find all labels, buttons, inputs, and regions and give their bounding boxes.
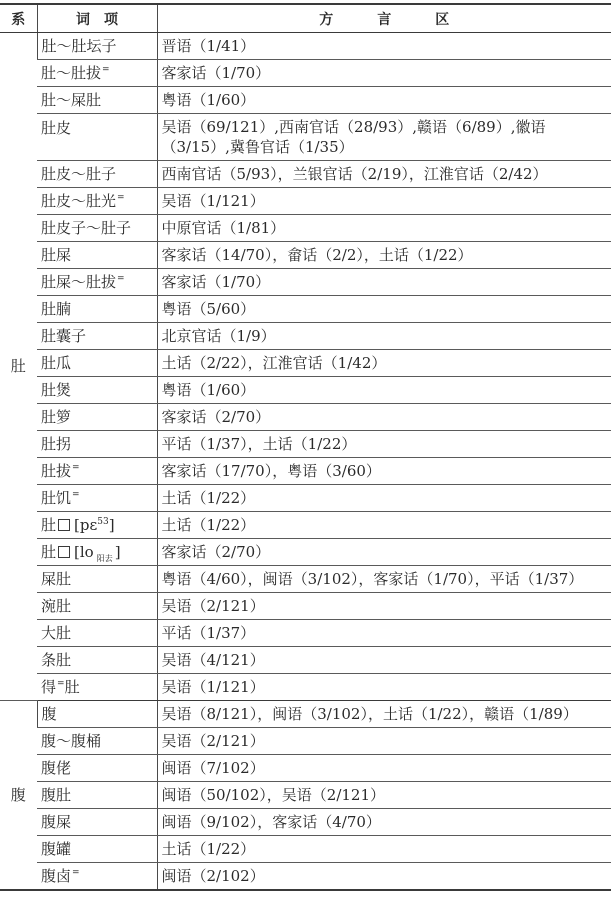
ipa-transcription: [lo [74,543,94,561]
header-dialect-region: 方言区 [157,4,611,33]
dialect-cell: 客家话（2/70） [157,404,611,431]
term-cell: 肚皮子～肚子 [37,215,157,242]
table-row: 腹卤= 闽语（2/102） [0,863,611,891]
table-row: 肚腩 粤语（5/60） [0,296,611,323]
table-row: 屎肚 粤语（4/60），闽语（3/102），客家话（1/70），平话（1/37） [0,566,611,593]
dialect-cell: 客家话（17/70），粤语（3/60） [157,458,611,485]
dialect-cell: 平话（1/37），土话（1/22） [157,431,611,458]
table-row: 肚屎 客家话（14/70），畲话（2/2），土话（1/22） [0,242,611,269]
homophone-mark: = [117,274,125,284]
dialect-cell: 吴语（2/121） [157,728,611,755]
dialect-cell: 闽语（50/102），吴语（2/121） [157,782,611,809]
dialect-cell: 土话（1/22） [157,836,611,863]
homophone-mark: = [72,463,80,473]
table-row: 肚～屎肚 粤语（1/60） [0,87,611,114]
term-cell: 肚[lo阳去] [37,539,157,566]
ipa-transcription: [pɛ [74,516,97,534]
dialect-cell: 粤语（4/60），闽语（3/102），客家话（1/70），平话（1/37） [157,566,611,593]
dialect-cell: 中原官话（1/81） [157,215,611,242]
dialect-cell: 客家话（1/70） [157,60,611,87]
term-cell: 腹～腹桶 [37,728,157,755]
dialect-cell: 闽语（7/102） [157,755,611,782]
table-row: 肚皮 吴语（69/121）,西南官话（28/93）,赣语（6/89）,徽语（3/… [0,114,611,161]
table-row: 条肚 吴语（4/121） [0,647,611,674]
term-cell: 肚屎～肚拔= [37,269,157,296]
term-cell: 大肚 [37,620,157,647]
table-row: 腹～腹桶 吴语（2/121） [0,728,611,755]
term-cell: 肚～屎肚 [37,87,157,114]
term-cell: 肚～肚坛子 [37,33,157,60]
table-row: 得=肚 吴语（1/121） [0,674,611,701]
table-row: 肚皮子～肚子 中原官话（1/81） [0,215,611,242]
table-row: 肚瓜 土话（2/22），江淮官话（1/42） [0,350,611,377]
table-row: 腹 腹 吴语（8/121），闽语（3/102），土话（1/22），赣语（1/89… [0,701,611,728]
term-cell: 肚拔= [37,458,157,485]
dialect-cell: 客家话（14/70），畲话（2/2），土话（1/22） [157,242,611,269]
tone-value: 53 [97,517,108,527]
dialect-cell: 客家话（2/70） [157,539,611,566]
table-row: 肚箩 客家话（2/70） [0,404,611,431]
dialect-cell: 北京官话（1/9） [157,323,611,350]
term-cell: 腹肚 [37,782,157,809]
table-row: 肚皮～肚光= 吴语（1/121） [0,188,611,215]
homophone-mark: = [72,868,80,878]
term-cell: 得=肚 [37,674,157,701]
dialect-cell: 闽语（9/102），客家话（4/70） [157,809,611,836]
dialect-cell: 粤语（5/60） [157,296,611,323]
term-cell: 肚腩 [37,296,157,323]
header-row: 系 词项 方言区 [0,4,611,33]
term-cell: 肚～肚拔= [37,60,157,87]
table-header: 系 词项 方言区 [0,4,611,33]
dialect-cell: 土话（1/22） [157,512,611,539]
table-row: 大肚 平话（1/37） [0,620,611,647]
term-cell: 肚皮～肚光= [37,188,157,215]
dialect-cell: 土话（1/22） [157,485,611,512]
dialect-cell: 吴语（69/121）,西南官话（28/93）,赣语（6/89）,徽语（3/15）… [157,114,611,161]
term-cell: 腹佬 [37,755,157,782]
table-row: 涴肚 吴语（2/121） [0,593,611,620]
dialect-lexicon-table: 系 词项 方言区 肚 肚～肚坛子 晋语（1/41） 肚～肚拔= 客家话（1/70… [0,3,611,891]
table-row: 肚饥= 土话（1/22） [0,485,611,512]
dialect-cell: 吴语（2/121） [157,593,611,620]
table-row: 肚囊子 北京官话（1/9） [0,323,611,350]
dialect-cell: 吴语（1/121） [157,674,611,701]
term-cell: 屎肚 [37,566,157,593]
term-cell: 肚拐 [37,431,157,458]
term-cell: 肚饥= [37,485,157,512]
term-cell: 腹罐 [37,836,157,863]
dialect-cell: 西南官话（5/93），兰银官话（2/19），江淮官话（2/42） [157,161,611,188]
header-term: 词项 [37,4,157,33]
dialect-cell: 吴语（8/121），闽语（3/102），土话（1/22），赣语（1/89） [157,701,611,728]
table-row: 肚煲 粤语（1/60） [0,377,611,404]
table-row: 肚～肚拔= 客家话（1/70） [0,60,611,87]
header-series: 系 [0,4,37,33]
homophone-mark: = [102,65,110,75]
table-row: 腹罐 土话（1/22） [0,836,611,863]
term-cell: 肚[pɛ53] [37,512,157,539]
homophone-mark: = [72,490,80,500]
table-body: 肚 肚～肚坛子 晋语（1/41） 肚～肚拔= 客家话（1/70） 肚～屎肚 粤语… [0,33,611,891]
table-row: 腹佬 闽语（7/102） [0,755,611,782]
term-cell: 腹卤= [37,863,157,891]
term-cell: 腹屎 [37,809,157,836]
term-cell: 肚屎 [37,242,157,269]
term-cell: 肚皮 [37,114,157,161]
homophone-mark: = [117,193,125,203]
table-row: 腹屎 闽语（9/102），客家话（4/70） [0,809,611,836]
table-row: 肚[lo阳去] 客家话（2/70） [0,539,611,566]
term-cell: 条肚 [37,647,157,674]
missing-character-box-icon [58,519,70,531]
group-label-fu: 腹 [0,701,37,891]
missing-character-box-icon [58,546,70,558]
dialect-cell: 吴语（4/121） [157,647,611,674]
tone-category: 阳去 [97,554,113,563]
dialect-cell: 吴语（1/121） [157,188,611,215]
table-row: 肚拐 平话（1/37），土话（1/22） [0,431,611,458]
homophone-mark: = [57,679,65,689]
group-label-du: 肚 [0,33,37,701]
term-cell: 肚囊子 [37,323,157,350]
term-cell: 涴肚 [37,593,157,620]
table-row: 肚 肚～肚坛子 晋语（1/41） [0,33,611,60]
dialect-cell: 晋语（1/41） [157,33,611,60]
table-row: 肚[pɛ53] 土话（1/22） [0,512,611,539]
term-cell: 肚皮～肚子 [37,161,157,188]
dialect-cell: 闽语（2/102） [157,863,611,891]
term-cell: 肚箩 [37,404,157,431]
dialect-cell: 平话（1/37） [157,620,611,647]
dialect-cell: 客家话（1/70） [157,269,611,296]
term-cell: 腹 [37,701,157,728]
dialect-cell: 粤语（1/60） [157,87,611,114]
dialect-cell: 土话（2/22），江淮官话（1/42） [157,350,611,377]
term-cell: 肚煲 [37,377,157,404]
table-row: 肚皮～肚子 西南官话（5/93），兰银官话（2/19），江淮官话（2/42） [0,161,611,188]
table-row: 腹肚 闽语（50/102），吴语（2/121） [0,782,611,809]
term-cell: 肚瓜 [37,350,157,377]
dialect-cell: 粤语（1/60） [157,377,611,404]
table-row: 肚拔= 客家话（17/70），粤语（3/60） [0,458,611,485]
table-row: 肚屎～肚拔= 客家话（1/70） [0,269,611,296]
